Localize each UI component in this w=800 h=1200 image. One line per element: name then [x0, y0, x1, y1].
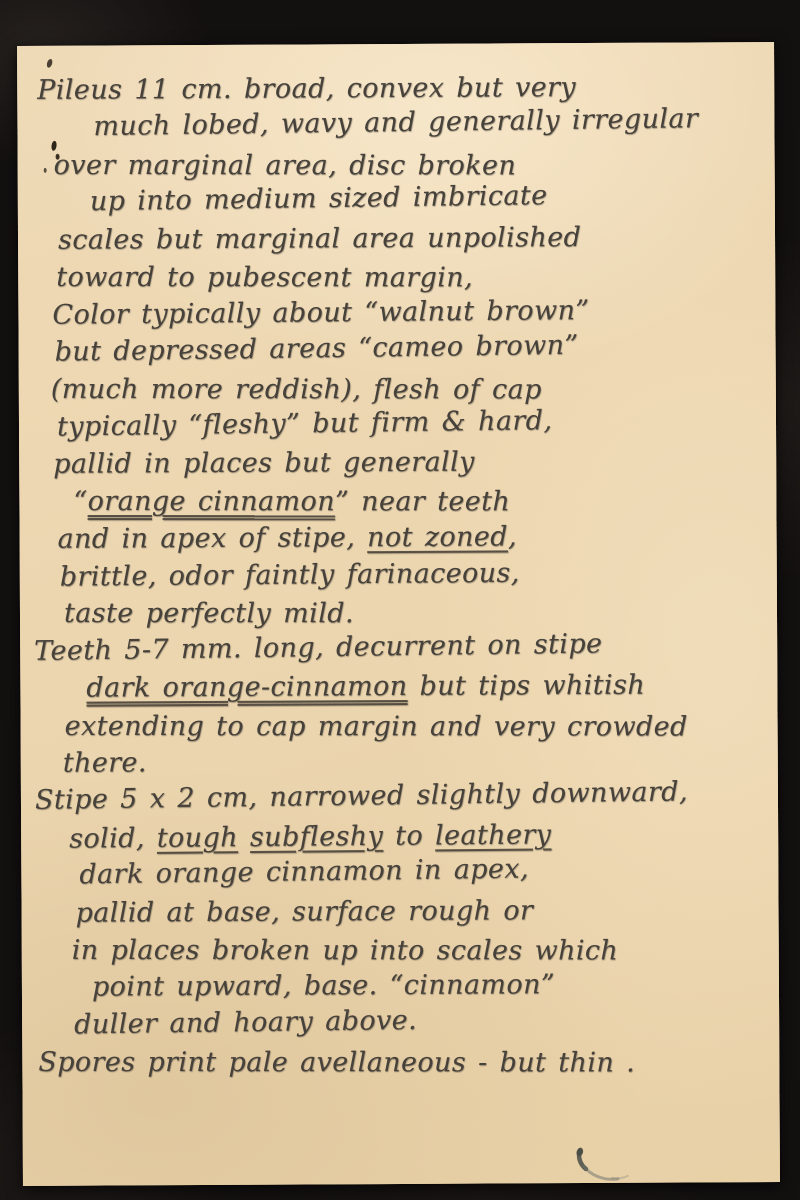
- note-text: toward to pubescent margin,: [56, 262, 473, 293]
- note-text: pallid at base, surface rough or: [75, 895, 533, 928]
- note-lines: Pileus 11 cm. broad, convex but verymuch…: [31, 68, 773, 1081]
- note-line: in places broken up into scales which: [36, 932, 773, 970]
- underlined-phrase: leathery: [435, 819, 552, 851]
- note-text: there.: [63, 747, 147, 778]
- note-text: Teeth 5-7 mm. long, decurrent on stipe: [34, 628, 603, 666]
- note-text: up into medium sized imbricate: [90, 180, 548, 217]
- note-line: Spores print pale avellaneous - but thin…: [36, 1044, 773, 1082]
- note-line: brittle, odor faintly farinaceous,: [34, 553, 771, 597]
- note-text: over marginal area, disc broken: [54, 150, 517, 181]
- note-text: and in apex of stipe,: [58, 522, 368, 555]
- underlined-phrase: tough: [157, 822, 238, 854]
- note-line: “orange cinnamon” near teeth: [33, 483, 770, 521]
- note-text: “: [73, 486, 87, 517]
- note-line: scales but marginal area unpolished: [32, 218, 769, 259]
- note-text: pallid in places but generally: [53, 447, 475, 480]
- note-text: much lobed, wavy and generally irregular: [93, 104, 698, 143]
- underlined-phrase: subfleshy: [250, 821, 383, 853]
- note-text: Color typically about “walnut brown”: [52, 295, 589, 331]
- note-line: much lobed, wavy and generally irregular: [31, 100, 768, 147]
- note-line: dark orange cinnamon in apex,: [35, 847, 772, 894]
- note-text: ,: [508, 521, 517, 552]
- underlined-phrase: dark orange-cinnamon: [86, 671, 407, 704]
- note-text: Pileus 11 cm. broad, convex but very: [37, 72, 576, 106]
- index-card: Pileus 11 cm. broad, convex but verymuch…: [17, 42, 780, 1186]
- note-text: taste perfectly mild.: [64, 598, 354, 629]
- note-text: brittle, odor faintly farinaceous,: [60, 558, 520, 593]
- pencil-mark: [568, 1145, 640, 1191]
- note-text: ” near teeth: [335, 486, 510, 517]
- note-line: pallid at base, surface rough or: [35, 891, 772, 932]
- note-text: Stipe 5 x 2 cm, narrowed slightly downwa…: [35, 777, 688, 817]
- note-text: but depressed areas “cameo brown”: [54, 330, 578, 368]
- photo-scene: { "scene": { "background_color": "#13101…: [0, 0, 800, 1200]
- note-text: solid,: [69, 823, 157, 855]
- underlined-phrase: not zoned: [367, 521, 508, 553]
- note-line: dark orange-cinnamon but tips whitish: [34, 666, 771, 707]
- note-text: in places broken up into scales which: [72, 935, 618, 966]
- underlined-phrase: orange cinnamon: [88, 486, 335, 517]
- note-text: dark orange cinnamon in apex,: [79, 854, 529, 891]
- note-line: extending to cap margin and very crowded: [35, 708, 772, 746]
- note-line: Stipe 5 x 2 cm, narrowed slightly downwa…: [35, 773, 772, 820]
- note-line: and in apex of stipe, not zoned,: [34, 517, 771, 558]
- note-line: pallid in places but generally: [33, 442, 770, 483]
- note-text: extending to cap margin and very crowded: [65, 711, 688, 743]
- note-text: (much more reddish), flesh of cap: [51, 374, 542, 405]
- note-text: typically “fleshy” but firm & hard,: [57, 405, 553, 442]
- note-text: point upward, base. “cinnamon”: [92, 970, 555, 1003]
- note-text: [238, 822, 250, 853]
- note-text: but tips whitish: [407, 670, 645, 702]
- paper-flaw: [46, 58, 53, 68]
- note-text: scales but marginal area unpolished: [58, 222, 581, 256]
- note-text: Spores print pale avellaneous - but thin…: [38, 1047, 635, 1079]
- note-line: up into medium sized imbricate: [32, 174, 769, 221]
- note-text: duller and hoary above.: [74, 1005, 417, 1040]
- note-text: to: [383, 820, 435, 851]
